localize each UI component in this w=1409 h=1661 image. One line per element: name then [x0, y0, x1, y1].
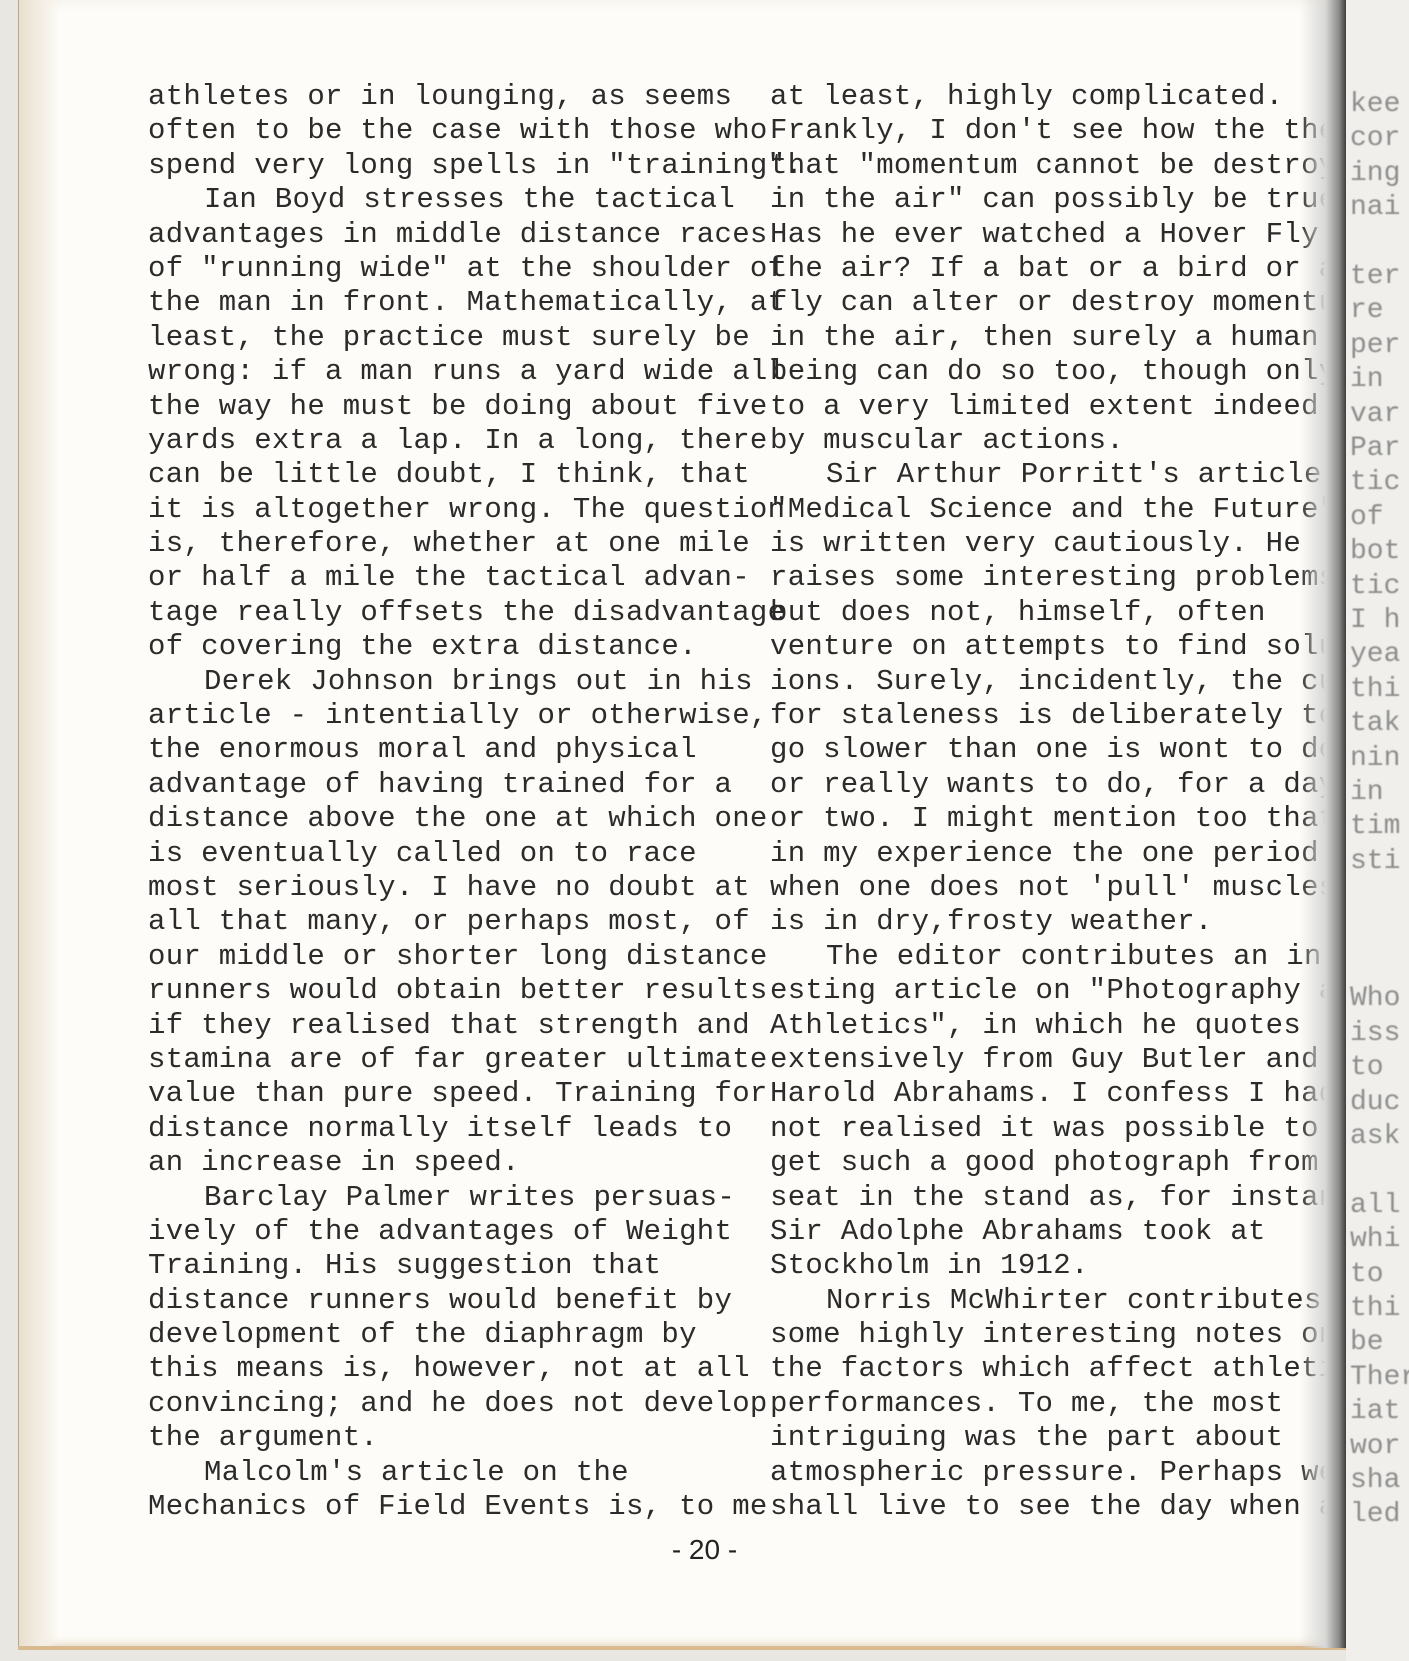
next-page-text-fragment: kee [1350, 88, 1400, 122]
next-page-text-fragment: be [1350, 1326, 1384, 1360]
text-line: that "momentum cannot be destroyed [770, 149, 1390, 183]
text-line: of "running wide" at the shoulder of [148, 252, 803, 286]
text-line: the way he must be doing about five [148, 390, 803, 424]
text-line: seat in the stand as, for instance [770, 1181, 1390, 1215]
text-line: Harold Abrahams. I confess I had [770, 1077, 1390, 1111]
text-line: yards extra a lap. In a long, there [148, 424, 803, 458]
text-line: the man in front. Mathematically, at [148, 286, 803, 320]
text-line: most seriously. I have no doubt at [148, 871, 803, 905]
text-line: Ian Boyd stresses the tactical [148, 183, 803, 217]
page-number: - 20 - [0, 1534, 1409, 1566]
text-line: this means is, however, not at all [148, 1352, 803, 1386]
text-line: Has he ever watched a Hover Fly in [770, 218, 1390, 252]
text-line: or half a mile the tactical advan- [148, 561, 803, 595]
text-line: ively of the advantages of Weight [148, 1215, 803, 1249]
text-line: venture on attempts to find solut- [770, 630, 1390, 664]
text-line: it is altogether wrong. The question [148, 493, 803, 527]
text-line: is in dry,frosty weather. [770, 905, 1390, 939]
next-page-text-fragment: sha [1350, 1464, 1400, 1498]
next-page-text-fragment: ing [1350, 157, 1400, 191]
text-line: least, the practice must surely be [148, 321, 803, 355]
text-line: often to be the case with those who [148, 114, 803, 148]
text-line: Norris McWhirter contributes [770, 1284, 1390, 1318]
next-page-text-fragment: whi [1350, 1223, 1400, 1257]
next-page-text-fragment: var [1350, 398, 1400, 432]
text-line: an increase in speed. [148, 1146, 803, 1180]
next-page-text-fragment: Par [1350, 432, 1400, 466]
text-line: the enormous moral and physical [148, 733, 803, 767]
text-line: is, therefore, whether at one mile [148, 527, 803, 561]
text-line: go slower than one is wont to do, [770, 733, 1390, 767]
text-line: atmospheric pressure. Perhaps we [770, 1456, 1390, 1490]
next-page-text-fragment: ter [1350, 260, 1400, 294]
next-page-fragment: keecoringnaiterreperinvarParticofbotticI… [1346, 0, 1409, 1661]
text-line: in the air" can possibly be true. [770, 183, 1390, 217]
next-page-text-fragment: of [1350, 501, 1384, 535]
text-line: athletes or in lounging, as seems [148, 80, 803, 114]
text-line: convincing; and he does not develop [148, 1387, 803, 1421]
next-page-text-fragment: cor [1350, 122, 1400, 156]
text-line: or two. I might mention too that [770, 802, 1390, 836]
text-line: Malcolm's article on the [148, 1456, 803, 1490]
next-page-text-fragment: to [1350, 1051, 1384, 1085]
text-line: distance normally itself leads to [148, 1112, 803, 1146]
text-line: can be little doubt, I think, that [148, 458, 803, 492]
text-line: the air? If a bat or a bird or a [770, 252, 1390, 286]
text-line: distance runners would benefit by [148, 1284, 803, 1318]
text-line: Derek Johnson brings out in his [148, 665, 803, 699]
text-line: The editor contributes an inter [770, 940, 1390, 974]
next-page-text-fragment: duc [1350, 1086, 1400, 1120]
next-page-text-fragment: nin [1350, 742, 1400, 776]
text-line: raises some interesting problems [770, 561, 1390, 595]
next-page-text-fragment: yea [1350, 638, 1400, 672]
next-page-text-fragment: iss [1350, 1017, 1400, 1051]
next-page-text-fragment: I h [1350, 604, 1400, 638]
text-line: is eventually called on to race [148, 837, 803, 871]
next-page-text-fragment: thi [1350, 1292, 1400, 1326]
left-text-column: athletes or in lounging, as seemsoften t… [148, 80, 803, 1524]
text-line: or really wants to do, for a day [770, 768, 1390, 802]
next-page-text-fragment: re [1350, 294, 1384, 328]
next-page-text-fragment: wor [1350, 1430, 1400, 1464]
text-line: Sir Adolphe Abrahams took at [770, 1215, 1390, 1249]
text-line: Training. His suggestion that [148, 1249, 803, 1283]
next-page-text-fragment: per [1350, 329, 1400, 363]
next-page-text-fragment: in [1350, 363, 1384, 397]
next-page-text-fragment: bot [1350, 535, 1400, 569]
text-line: some highly interesting notes on [770, 1318, 1390, 1352]
text-line: ions. Surely, incidently, the cure [770, 665, 1390, 699]
text-line: for staleness is deliberately to [770, 699, 1390, 733]
text-line: our middle or shorter long distance [148, 940, 803, 974]
text-line: intriguing was the part about [770, 1421, 1390, 1455]
next-page-text-fragment: tim [1350, 810, 1400, 844]
text-line: but does not, himself, often [770, 596, 1390, 630]
next-page-text-fragment: sti [1350, 845, 1400, 879]
next-page-text-fragment: Who [1350, 982, 1400, 1016]
binding-gutter [1300, 0, 1346, 1648]
next-page-text-fragment: tic [1350, 570, 1400, 604]
next-page-text-fragment: to [1350, 1258, 1384, 1292]
right-text-column: at least, highly complicated.Frankly, I … [770, 80, 1390, 1524]
text-line: the factors which affect athletic [770, 1352, 1390, 1386]
text-line: Athletics", in which he quotes [770, 1009, 1390, 1043]
text-line: by muscular actions. [770, 424, 1390, 458]
page-bottom-edge [18, 1646, 1346, 1650]
next-page-text-fragment: nai [1350, 191, 1400, 225]
text-line: tage really offsets the disadvantage [148, 596, 803, 630]
text-line: Stockholm in 1912. [770, 1249, 1390, 1283]
text-line: in my experience the one period [770, 837, 1390, 871]
next-page-text-fragment: tak [1350, 707, 1400, 741]
next-page-text-fragment: iat [1350, 1395, 1400, 1429]
text-line: spend very long spells in "training". [148, 149, 803, 183]
text-line: Frankly, I don't see how the theory [770, 114, 1390, 148]
text-line: stamina are of far greater ultimate [148, 1043, 803, 1077]
next-page-text-fragment: in [1350, 776, 1384, 810]
text-line: advantage of having trained for a [148, 768, 803, 802]
text-line: all that many, or perhaps most, of [148, 905, 803, 939]
text-line: fly can alter or destroy momentum [770, 286, 1390, 320]
text-line: development of the diaphragm by [148, 1318, 803, 1352]
next-page-text-fragment: all [1350, 1189, 1400, 1223]
text-line: in the air, then surely a human [770, 321, 1390, 355]
text-line: advantages in middle distance races [148, 218, 803, 252]
text-line: shall live to see the day when a [770, 1490, 1390, 1524]
next-page-text-fragment: led [1350, 1498, 1400, 1532]
text-line: runners would obtain better results [148, 974, 803, 1008]
text-line: distance above the one at which one [148, 802, 803, 836]
text-line: performances. To me, the most [770, 1387, 1390, 1421]
next-page-text-fragment: ask [1350, 1120, 1400, 1154]
text-line: esting article on "Photography and [770, 974, 1390, 1008]
text-line: "Medical Science and the Future" [770, 493, 1390, 527]
next-page-text-fragment: tic [1350, 466, 1400, 500]
text-line: extensively from Guy Butler and [770, 1043, 1390, 1077]
next-page-text-fragment: Ther [1350, 1361, 1409, 1395]
text-line: wrong: if a man runs a yard wide all [148, 355, 803, 389]
text-line: is written very cautiously. He [770, 527, 1390, 561]
text-line: being can do so too, though only [770, 355, 1390, 389]
text-line: article - intentially or otherwise, [148, 699, 803, 733]
text-line: value than pure speed. Training for [148, 1077, 803, 1111]
text-line: if they realised that strength and [148, 1009, 803, 1043]
text-line: at least, highly complicated. [770, 80, 1390, 114]
text-line: when one does not 'pull' muscles [770, 871, 1390, 905]
text-line: Sir Arthur Porritt's article on [770, 458, 1390, 492]
text-line: get such a good photograph from a [770, 1146, 1390, 1180]
text-line: Mechanics of Field Events is, to me [148, 1490, 803, 1524]
text-line: Barclay Palmer writes persuas- [148, 1181, 803, 1215]
page-left-edge [18, 0, 59, 1648]
text-line: of covering the extra distance. [148, 630, 803, 664]
text-line: the argument. [148, 1421, 803, 1455]
text-line: to a very limited extent indeed [770, 390, 1390, 424]
next-page-text-fragment: thi [1350, 673, 1400, 707]
text-line: not realised it was possible to [770, 1112, 1390, 1146]
